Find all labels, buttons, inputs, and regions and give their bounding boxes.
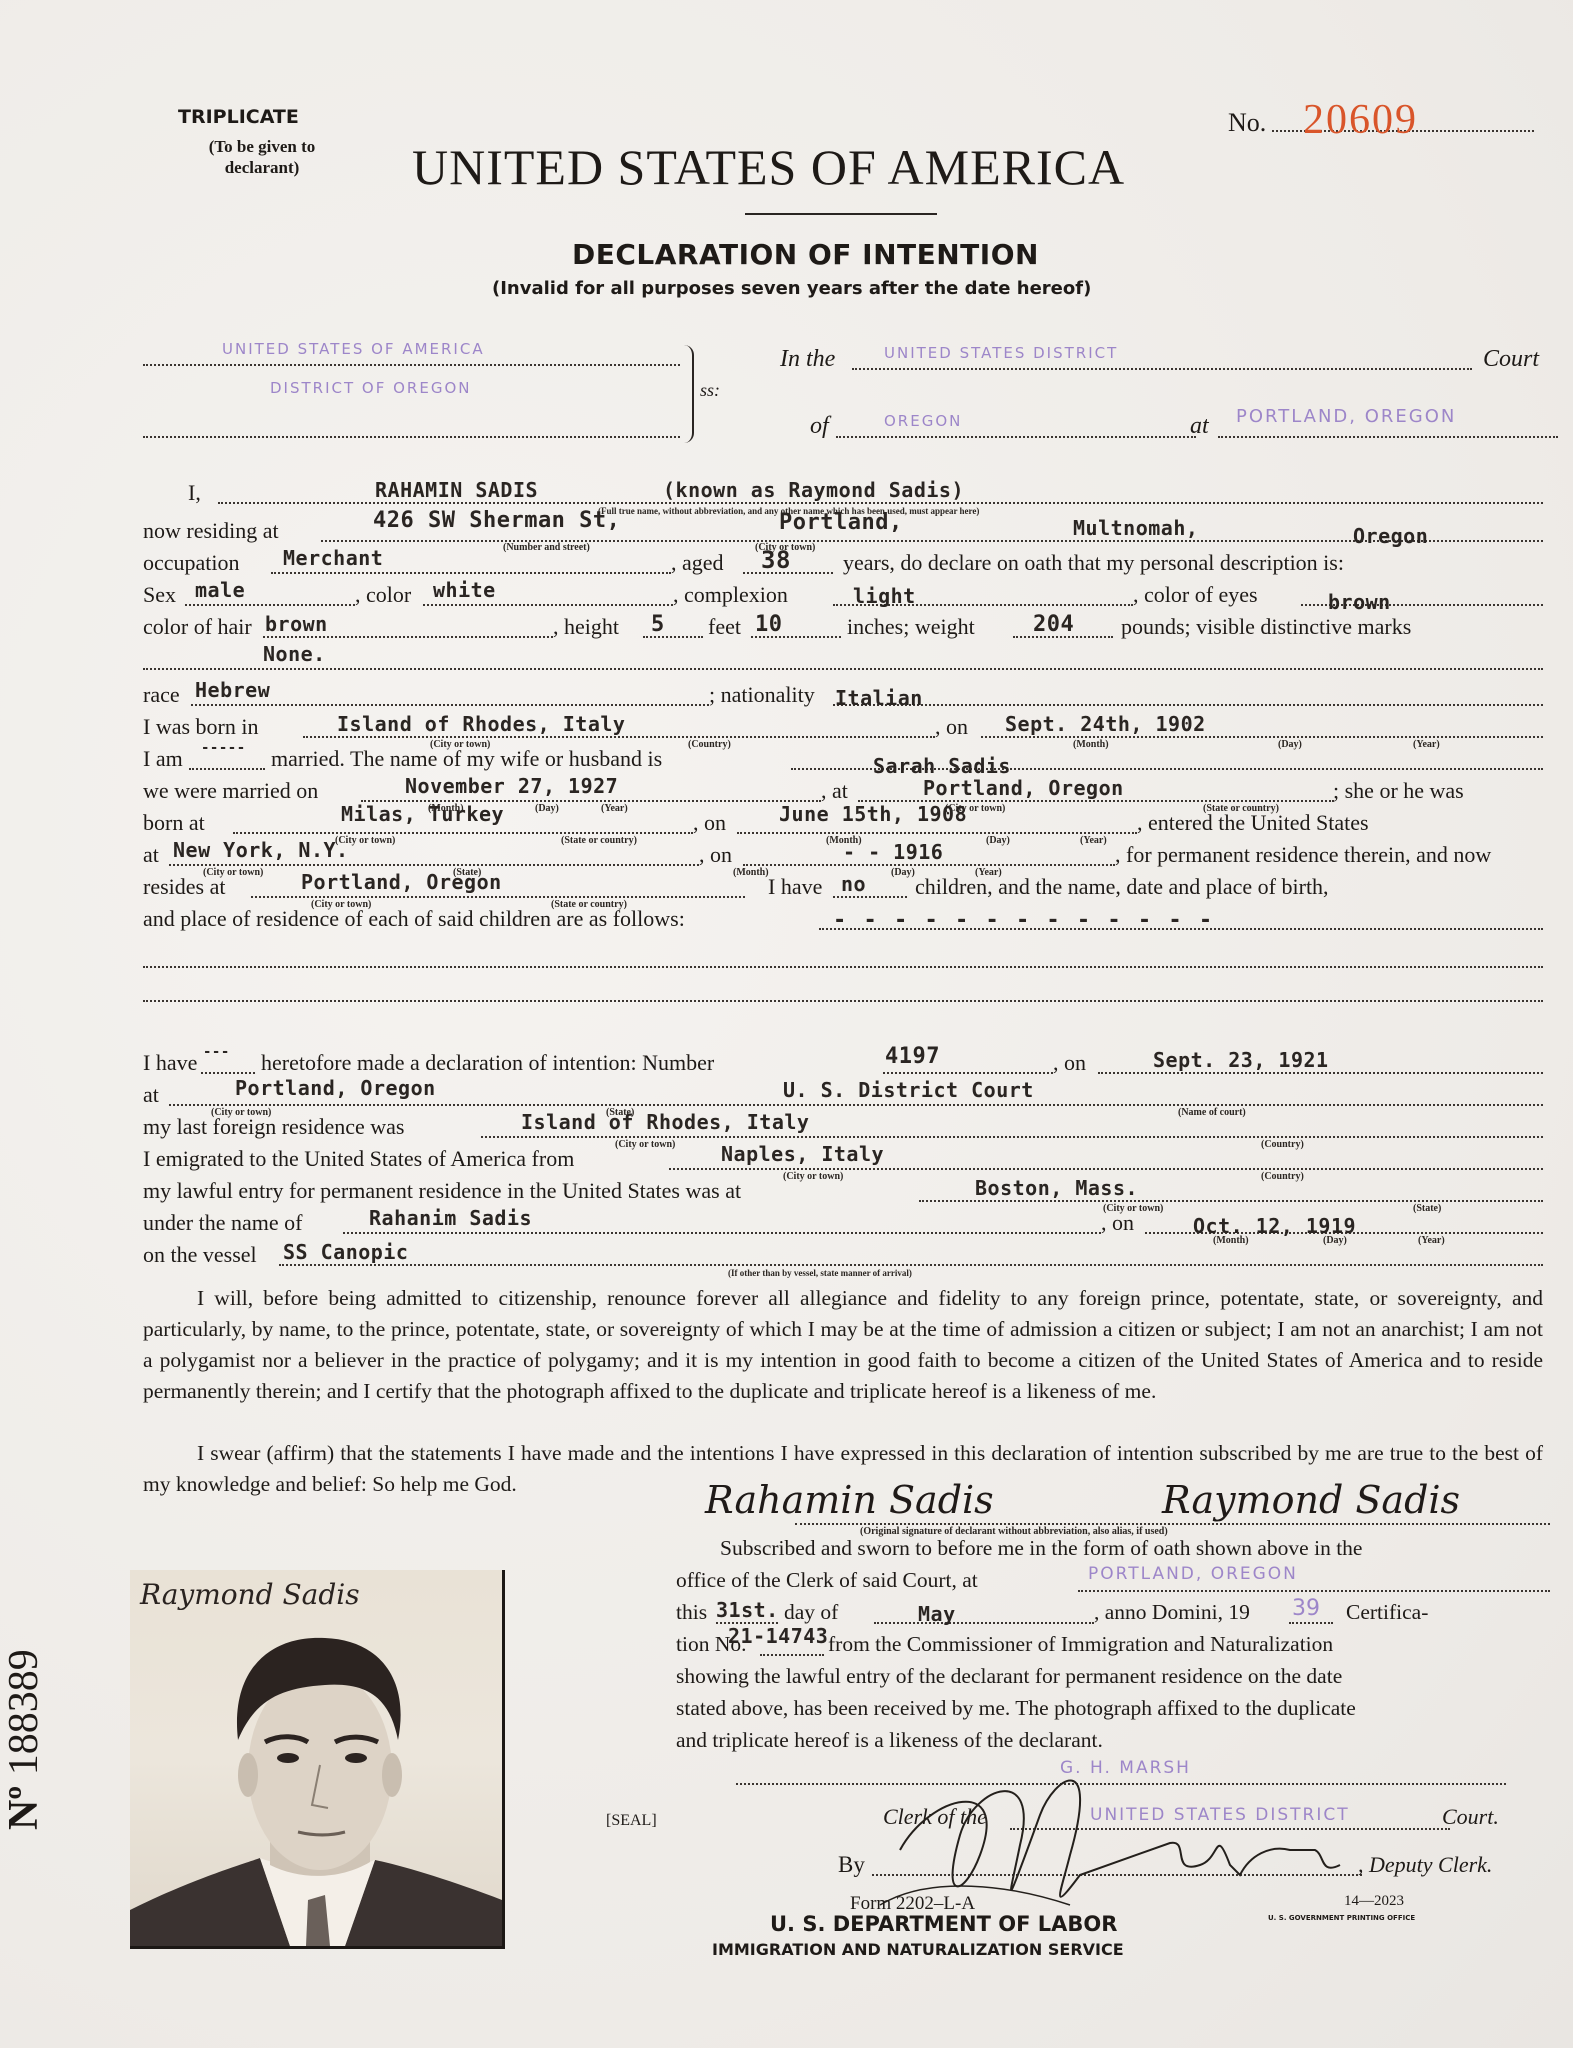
prior-number: 4197 [885, 1044, 940, 1069]
photo-signature: Raymond Sadis [140, 1578, 360, 1611]
birth-day-hint: (Day) [1278, 739, 1302, 750]
of-stamp: OREGON [884, 412, 962, 430]
printer: U. S. GOVERNMENT PRINTING OFFICE [1268, 1914, 1415, 1922]
emigrated-city-hint: (City or town) [783, 1171, 843, 1182]
age: 38 [761, 546, 791, 574]
office-place-stamp: PORTLAND, OREGON [1088, 1564, 1298, 1584]
court-label: Court [1483, 346, 1539, 373]
street-hint: (Number and street) [503, 542, 590, 553]
birthplace-country-hint: (Country) [688, 739, 731, 750]
country-title: UNITED STATES OF AMERICA [412, 138, 1125, 196]
jurat-line1: Subscribed and sworn to before me in the… [720, 1536, 1362, 1561]
sex-line [185, 604, 355, 606]
portrait-photo: Raymond Sadis [130, 1570, 505, 1949]
hair-label: color of hair [143, 614, 252, 640]
have-label: I have [768, 874, 822, 900]
by-label: By [838, 1852, 865, 1878]
prior-number-line [883, 1072, 1053, 1074]
venue-stamp-line2: DISTRICT OF OREGON [270, 379, 471, 397]
spouse-day-hint: (Day) [986, 835, 1010, 846]
children-list-label: and place of residence of each of said c… [143, 906, 685, 932]
spouse-birthplace-line [233, 832, 693, 834]
lawful-entry-state-hint: (State) [1413, 1203, 1441, 1214]
last-residence-country-hint: (Country) [1261, 1139, 1304, 1150]
am-line [189, 768, 265, 770]
height-feet: 5 [651, 612, 665, 637]
lawful-entry-place: Boston, Mass. [975, 1176, 1138, 1200]
am-label: I am [143, 746, 183, 772]
she-text: ; she or he was [1333, 778, 1464, 804]
entry-month-hint: (Month) [733, 867, 769, 878]
arrival-day-hint: (Day) [1323, 1235, 1347, 1246]
of-line [836, 436, 1196, 438]
race: Hebrew [195, 678, 270, 702]
married-date: November 27, 1927 [405, 774, 618, 798]
hair-line [263, 636, 553, 638]
sex: male [195, 578, 245, 602]
hair: brown [265, 612, 328, 636]
jurat-line6: stated above, has been received by me. T… [676, 1696, 1356, 1721]
spouse-state-hint: (State or country) [561, 835, 637, 846]
married-at-label: , at [821, 778, 848, 804]
birth-on-label: , on [935, 714, 968, 740]
declaration-text: heretofore made a declaration of intenti… [261, 1050, 714, 1076]
birthplace-line [303, 736, 935, 738]
prior-on-label: , on [1053, 1050, 1086, 1076]
vessel-label: on the vessel [143, 1242, 257, 1268]
entry-date: - - 1916 [843, 840, 943, 864]
name-line [218, 502, 1543, 504]
prior-have-line [201, 1072, 255, 1074]
entry-place-line [169, 864, 699, 866]
street: 426 SW Sherman St, [373, 508, 620, 533]
state: Oregon [1353, 524, 1428, 548]
declare-text: years, do declare on oath that my person… [843, 550, 1344, 576]
declarant-signature-2: Raymond Sadis [1162, 1478, 1460, 1522]
nationality: Italian [835, 686, 923, 710]
last-residence-label: my last foreign residence was [143, 1114, 404, 1140]
print-code: 14—2023 [1344, 1893, 1404, 1910]
children-blank-line-1 [143, 966, 1543, 968]
color-label: , color [355, 582, 411, 608]
married-day-hint: (Day) [535, 803, 559, 814]
spouse-name: Sarah Sadis [873, 754, 1011, 778]
signature-line [795, 1523, 1550, 1525]
ss-label: ss: [700, 380, 720, 401]
height-label: , height [553, 614, 619, 640]
occupation: Merchant [283, 546, 383, 570]
sex-label: Sex [143, 582, 176, 608]
last-residence-line [481, 1136, 1543, 1138]
prior-at-label: at [143, 1082, 159, 1108]
year-line [1289, 1622, 1333, 1624]
last-residence-city-hint: (City or town) [615, 1139, 675, 1150]
prior-have-label: I have [143, 1050, 197, 1076]
am-value: ----- [201, 740, 246, 756]
form-subtitle: (Invalid for all purposes seven years af… [492, 278, 1091, 299]
office-place-line [1078, 1590, 1550, 1592]
prior-court-hint: (Name of court) [1178, 1107, 1246, 1118]
i-label: I, [188, 480, 201, 506]
pounds-label: pounds; visible distinctive marks [1121, 614, 1411, 640]
at-label: at [1190, 413, 1209, 440]
children-count-line [833, 896, 907, 898]
children-text: children, and the name, date and place o… [915, 874, 1329, 900]
spouse-birth-date: June 15th, 1908 [779, 802, 967, 826]
color-line [423, 604, 673, 606]
emigrated-label: I emigrated to the United States of Amer… [143, 1146, 574, 1172]
complexion: light [853, 584, 916, 608]
county: Multnomah, [1073, 516, 1198, 540]
entry-day-hint: (Day) [891, 867, 915, 878]
form-title: DECLARATION OF INTENTION [572, 238, 1039, 271]
prior-place-line [169, 1104, 1543, 1106]
children-list-value: - - - - - - - - - - - - - [833, 908, 1214, 933]
emigrated-country-hint: (Country) [1261, 1171, 1304, 1182]
prior-date-line [1098, 1072, 1543, 1074]
children-count: no [841, 872, 866, 896]
oath-paragraph-1: I will, before being admitted to citizen… [143, 1283, 1543, 1407]
side-number-label: Nº [1, 1786, 47, 1830]
entry-place: New York, N.Y. [173, 838, 349, 862]
clerk-court-label: Court. [1442, 1804, 1499, 1830]
title-rule [745, 213, 937, 215]
side-number-value: 188389 [1, 1649, 47, 1775]
complexion-label: , complexion [673, 582, 788, 608]
race-label: race [143, 682, 180, 708]
nationality-line [833, 704, 1543, 706]
number-label: No. [1228, 108, 1266, 138]
spouse-year-hint: (Year) [1080, 835, 1107, 846]
arrival-month-hint: (Month) [1213, 1235, 1249, 1246]
prior-have-value: --- [203, 1044, 230, 1060]
prior-court: U. S. District Court [783, 1078, 1034, 1102]
married-place: Portland, Oregon [923, 776, 1124, 800]
court-stamp: UNITED STATES DISTRICT [884, 344, 1118, 362]
vessel: SS Canopic [283, 1240, 408, 1264]
eyes: brown [1328, 590, 1391, 614]
month-line [874, 1622, 1094, 1624]
of-label: of [810, 413, 829, 440]
venue-line1 [143, 364, 680, 366]
service: IMMIGRATION AND NATURALIZATION SERVICE [712, 1940, 1124, 1959]
day-of-label: day of [784, 1600, 838, 1625]
alias: (known as Raymond Sadis) [663, 478, 964, 502]
at-line [1218, 436, 1558, 438]
spouse-residence-line [251, 896, 745, 898]
eyes-label: , color of eyes [1133, 582, 1258, 608]
prior-place: Portland, Oregon [235, 1076, 436, 1100]
month: May [918, 1602, 956, 1626]
lawful-entry-label: my lawful entry for permanent residence … [143, 1178, 741, 1204]
married-year-hint: (Year) [601, 803, 628, 814]
children-blank-line-2 [143, 1000, 1543, 1002]
spouse-birthplace: Milas, Turkey [341, 802, 504, 826]
marks-line [143, 668, 1543, 670]
under-name-label: under the name of [143, 1210, 302, 1236]
married-on-label: we were married on [143, 778, 318, 804]
birth-year-hint: (Year) [1413, 739, 1440, 750]
emigrated-line [669, 1168, 1543, 1170]
certifica-label: Certifica- [1346, 1600, 1428, 1625]
weight: 204 [1033, 612, 1074, 637]
residing-label: now residing at [143, 518, 279, 544]
spouse-born-label: born at [143, 810, 205, 836]
occupation-label: occupation [143, 550, 240, 576]
venue-stamp-line1: UNITED STATES OF AMERICA [222, 340, 485, 358]
anno-label: , anno Domini, 19 [1094, 1600, 1250, 1625]
lawful-entry-line [919, 1200, 1543, 1202]
jurat-line4: from the Commissioner of Immigration and… [828, 1632, 1333, 1657]
side-serial-number: Nº 188389 [0, 1630, 60, 1830]
marks: None. [263, 642, 326, 666]
copy-label: TRIPLICATE [178, 106, 299, 128]
color: white [433, 578, 496, 602]
feet-label: feet [708, 614, 741, 640]
occupation-line [271, 572, 671, 574]
aged-label: , aged [671, 550, 724, 576]
entry-date-line [743, 864, 1115, 866]
venue-line2 [143, 436, 680, 438]
office-label: office of the Clerk of said Court, at [676, 1568, 978, 1593]
jurat-line7: and triplicate hereof is a likeness of t… [676, 1728, 1103, 1753]
entry-at-label: at [143, 842, 159, 868]
arrival-year-hint: (Year) [1418, 1235, 1445, 1246]
birth-date-line [981, 736, 1543, 738]
inches-label: inches; weight [847, 614, 975, 640]
venue-brace [680, 345, 694, 443]
under-on-label: , on [1101, 1210, 1134, 1236]
seal-label: [SEAL] [606, 1812, 657, 1830]
court-line [852, 368, 1472, 370]
prior-date: Sept. 23, 1921 [1153, 1048, 1329, 1072]
birth-month-hint: (Month) [1073, 739, 1109, 750]
birth-date: Sept. 24th, 1902 [1005, 712, 1206, 736]
copy-note: (To be given to declarant) [172, 136, 352, 178]
nationality-label: ; nationality [709, 682, 815, 708]
height-inches: 10 [755, 612, 783, 637]
vessel-line [279, 1264, 1543, 1266]
spouse-on-label: , on [693, 810, 726, 836]
spouse-birth-date-line [737, 832, 1137, 834]
document-number: 20609 [1303, 96, 1418, 144]
entered-text: , entered the United States [1137, 810, 1369, 836]
spouse-residence: Portland, Oregon [301, 870, 502, 894]
resides-label: resides at [143, 874, 225, 900]
jurat-line5: showing the lawful entry of the declaran… [676, 1664, 1342, 1689]
this-label: this [676, 1600, 707, 1625]
city: Portland, [779, 510, 903, 535]
race-line [191, 704, 709, 706]
vessel-hint: (If other than by vessel, state manner o… [728, 1268, 912, 1278]
married-text: married. The name of my wife or husband … [271, 746, 662, 772]
declarant-signature-1: Rahamin Sadis [705, 1478, 994, 1522]
at-stamp: PORTLAND, OREGON [1236, 406, 1456, 427]
born-label: I was born in [143, 714, 258, 740]
emigrated-from: Naples, Italy [721, 1142, 884, 1166]
birthplace: Island of Rhodes, Italy [337, 712, 625, 736]
portrait-figure [130, 1570, 502, 1946]
entry-text: , for permanent residence therein, and n… [1115, 842, 1491, 868]
under-name: Rahanim Sadis [369, 1206, 532, 1230]
cert-number-line [760, 1654, 824, 1656]
day: 31st. [716, 1598, 779, 1622]
year-suffix: 39 [1292, 1596, 1320, 1621]
department: U. S. DEPARTMENT OF LABOR [770, 1912, 1117, 1936]
under-name-line [343, 1232, 1101, 1234]
last-residence: Island of Rhodes, Italy [521, 1110, 809, 1134]
cert-number: 21-14743 [728, 1624, 828, 1648]
full-name: RAHAMIN SADIS [375, 478, 538, 502]
in-the-label: In the [780, 346, 835, 373]
entry-on-label: , on [699, 842, 732, 868]
